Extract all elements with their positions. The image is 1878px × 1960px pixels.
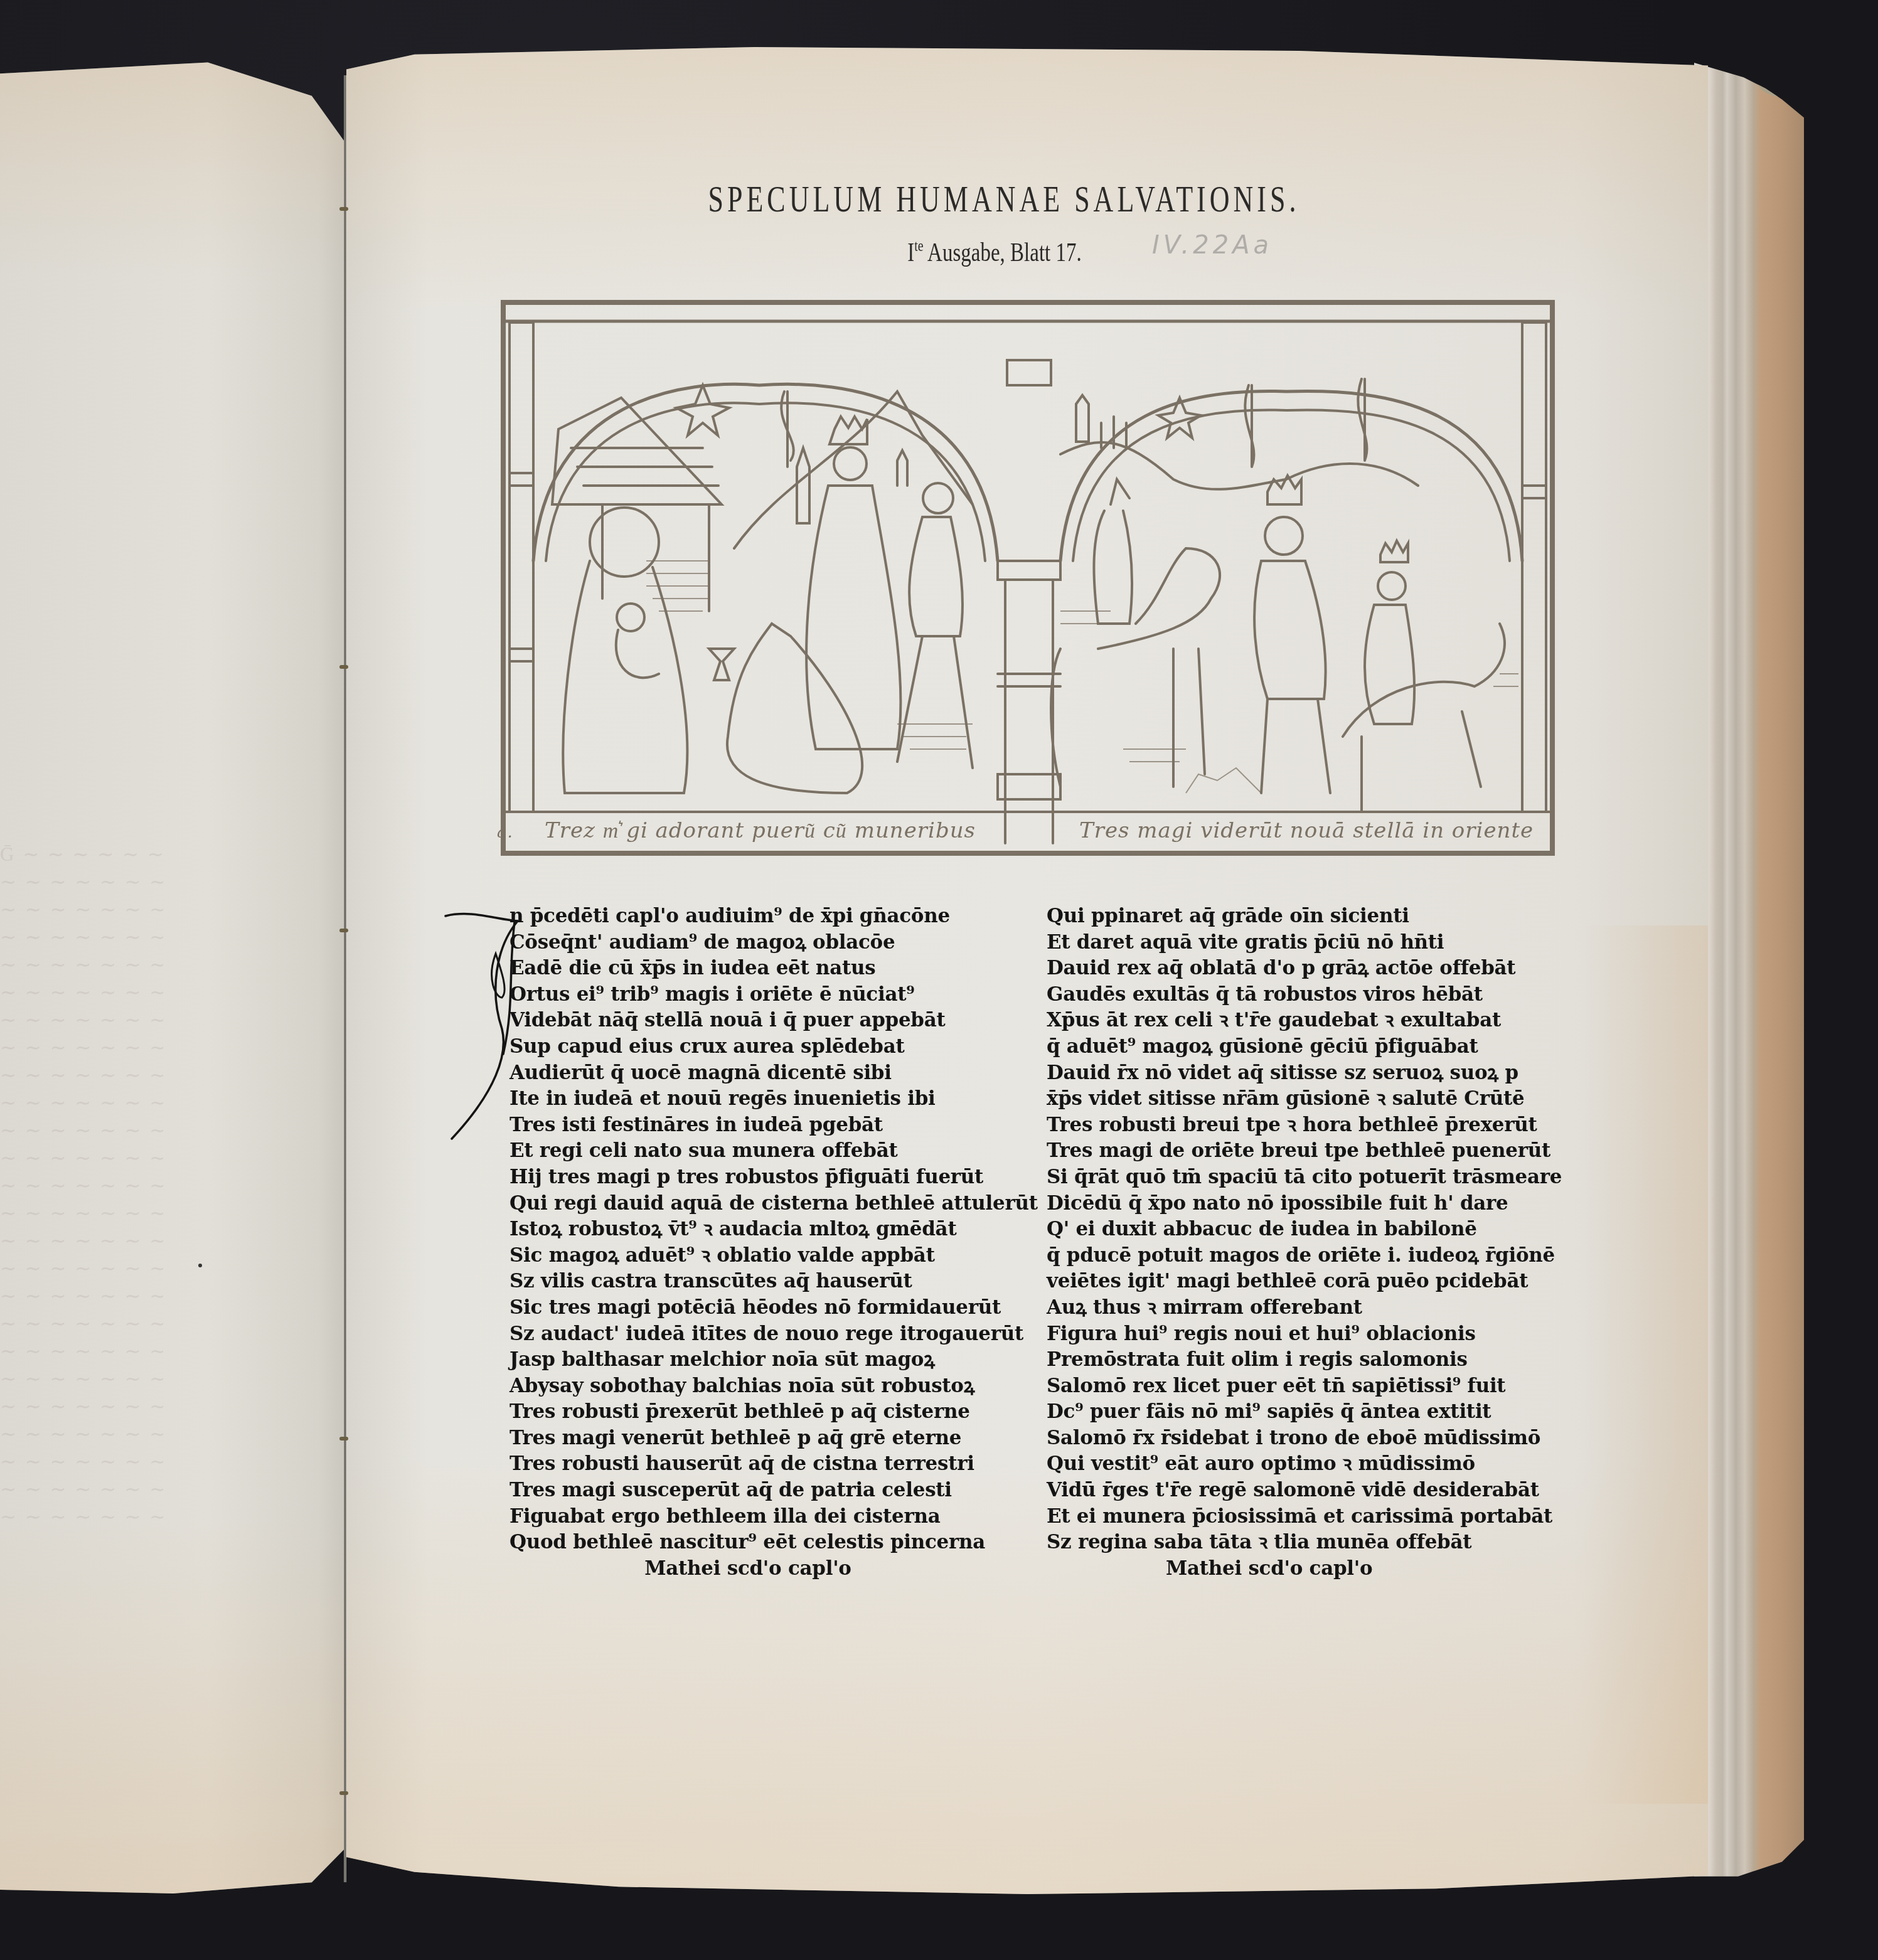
edition-and-leaf: Ausgabe, Blatt 17. <box>924 238 1082 267</box>
text-column-left: n p̄cedēti capl'o audiuim⁹ de x̄pi gn̄ac… <box>510 903 986 1582</box>
text-line: Qui regi dauid aquā de cisterna bethleē … <box>510 1191 986 1217</box>
edition-ordinal-suffix: te <box>914 237 923 255</box>
edition-ordinal: I <box>907 238 914 267</box>
text-line: Hij tres magi p tres robustos p̄figuāti … <box>510 1164 986 1191</box>
text-line: Audierūt q̄ uocē magnā dicentē sibi <box>510 1060 986 1087</box>
text-line: Qui vestit⁹ eāt auro optimo ꝛ mūdissimō <box>1047 1451 1586 1478</box>
page-subtitle: Ite Ausgabe, Blatt 17. <box>847 237 1142 268</box>
text-line: Eadē die cū x̄p̄s in iudea eēt natus <box>510 956 986 982</box>
decorated-initial-letter <box>433 903 521 1142</box>
text-line: Abysay sobothay balchias noīa sūt robust… <box>510 1373 986 1400</box>
text-line: Sz vilis castra transcūtes aq̄ hauserūt <box>510 1269 986 1295</box>
text-line: Q' ei duxit abbacuc de iudea in babilonē <box>1047 1217 1586 1243</box>
text-line: Sz audact' iudeā itītes de nouo rege itr… <box>510 1321 986 1348</box>
binding-stitch <box>339 1791 348 1795</box>
woodcut-caption-right: Tres magi viderūt nouā stellā in oriente <box>1079 818 1534 843</box>
text-line: Tres robusti breui tpe ꝛ hora bethleē p̄… <box>1047 1112 1586 1139</box>
text-line: Ite in iudeā et nouū regēs inuenietis ib… <box>510 1086 986 1112</box>
text-line: q̄ aduēt⁹ magoꝝ gūsionē gēciū p̄figuābat <box>1047 1034 1586 1060</box>
text-line: Premōstrata fuit olim i regis salomonis <box>1047 1347 1586 1373</box>
text-line: Cōseq̄nt' audiam⁹ de magoꝝ oblacōe <box>510 930 986 956</box>
text-line: Videbāt nāq̄ stellā nouā i q̄ puer appeb… <box>510 1008 986 1034</box>
text-line: Tres robusti p̄rexerūt bethleē p aq̄ cis… <box>510 1399 986 1425</box>
page-title: SPECULUM HUMANAE SALVATIONIS. <box>690 178 1318 221</box>
text-line: Istoꝝ robustoꝝ v̄t⁹ ꝛ audacia mltoꝝ gmēd… <box>510 1217 986 1243</box>
paper-speck <box>198 1264 202 1267</box>
text-column-right: Qui ppinaret aq̄ grāde oīn sicienti Et d… <box>1047 903 1586 1582</box>
binding-stitch <box>339 207 348 211</box>
text-line: Et regi celi nato sua munera offebāt <box>510 1138 986 1164</box>
text-line: Dauid r̄x nō videt aq̄ sitisse sz seruoꝝ… <box>1047 1060 1586 1087</box>
text-line: Tres magi susceperūt aq̄ de patria celes… <box>510 1478 986 1504</box>
book-gutter <box>344 75 346 1882</box>
text-line: Tres robusti hauserūt aq̄ de cistna terr… <box>510 1451 986 1478</box>
text-line: n p̄cedēti capl'o audiuim⁹ de x̄pi gn̄ac… <box>510 903 986 930</box>
bleed-through-text: Ḡ ∼ ∼ ∼ ∼ ∼ ∼ ∼ ∼ ∼ ∼ ∼ ∼ ∼ ∼ ∼ ∼ ∼ ∼ ∼ … <box>0 841 163 1531</box>
text-line: Figuabat ergo bethleem illa dei cisterna <box>510 1504 986 1530</box>
binding-stitch <box>339 1437 348 1441</box>
text-line: Tres isti festināres in iudeā pgebāt <box>510 1112 986 1139</box>
text-line: q̄ pducē potuit magos de oriēte i. iudeo… <box>1047 1243 1586 1269</box>
text-line: Et daret aquā vite gratis p̄ciū nō hn̄ti <box>1047 930 1586 956</box>
text-line: Qui ppinaret aq̄ grāde oīn sicienti <box>1047 903 1586 930</box>
pencil-shelfmark: IV.22Aa <box>1152 231 1272 260</box>
text-line: Quod bethleē nascitur⁹ eēt celestis pinc… <box>510 1530 986 1556</box>
page-block-fore-edge <box>1694 63 1804 1895</box>
text-line: veiētes igit' magi bethleē corā puēo pci… <box>1047 1269 1586 1295</box>
text-line: Dicēdū q̄ x̄po nato nō ipossibile fuit h… <box>1047 1191 1586 1217</box>
text-line: Xp̄us āt rex celi ꝛ t'r̄e gaudebat ꝛ exu… <box>1047 1008 1586 1034</box>
foxing-stain-bottom <box>0 1517 346 1893</box>
text-line: Sz regina saba tāta ꝛ tlia munēa offebāt <box>1047 1530 1586 1556</box>
chapter-explicit: Mathei scd'o capl'o <box>1047 1556 1586 1582</box>
woodcut-illustration: Trez m͛ gi adorant pueru͂ cu͂ muneribus … <box>496 297 1559 865</box>
text-line: Tres magi venerūt bethleē p aq̄ grē eter… <box>510 1425 986 1452</box>
text-line: Ortus ei⁹ trib⁹ magis i oriēte ē nūciat⁹ <box>510 982 986 1008</box>
signature-mark: a. <box>497 823 513 842</box>
foxing-stain-right <box>1582 925 1708 1804</box>
text-line: Sic tres magi potēciā hēodes nō formidau… <box>510 1295 986 1321</box>
text-line: Dauid rex aq̄ oblatā d'o p grāꝝ actōe of… <box>1047 956 1586 982</box>
text-line: Figura hui⁹ regis noui et hui⁹ oblacioni… <box>1047 1321 1586 1348</box>
woodcut-drawing <box>496 297 1559 865</box>
text-line: Sup capud eius crux aurea splēdebat <box>510 1034 986 1060</box>
text-line: Vidū r̄ges t'r̄e regē salomonē vidē desi… <box>1047 1478 1586 1504</box>
chapter-explicit: Mathei scd'o capl'o <box>510 1556 986 1582</box>
binding-stitch <box>339 929 348 932</box>
text-line: Salomō r̄x r̄sidebat i trono de eboē mūd… <box>1047 1425 1586 1452</box>
text-line: Auꝝ thus ꝛ mirram offerebant <box>1047 1295 1586 1321</box>
text-line: Salomō rex licet puer eēt tn̄ sapiētissi… <box>1047 1373 1586 1400</box>
text-line: Et ei munera p̄ciosissimā et carissimā p… <box>1047 1504 1586 1530</box>
woodcut-caption-left: Trez m͛ gi adorant pueru͂ cu͂ muneribus <box>545 818 976 843</box>
binding-stitch <box>339 665 348 669</box>
text-line: Si q̄rāt quō tm̄ spaciū tā cito potuerīt… <box>1047 1164 1586 1191</box>
text-line: Gaudēs exultās q̄ tā robustos viros hēbā… <box>1047 982 1586 1008</box>
text-line: Tres magi de oriēte breui tpe bethleē pu… <box>1047 1138 1586 1164</box>
text-line: Dc⁹ puer fāis nō mi⁹ sapiēs q̄ āntea ext… <box>1047 1399 1586 1425</box>
text-line: Jasp balthasar melchior noīa sūt magoꝝ <box>510 1347 986 1373</box>
text-line: Sic magoꝝ aduēt⁹ ꝛ oblatio valde appbāt <box>510 1243 986 1269</box>
text-line: x̄p̄s videt sitisse nr̄ām gūsionē ꝛ salu… <box>1047 1086 1586 1112</box>
